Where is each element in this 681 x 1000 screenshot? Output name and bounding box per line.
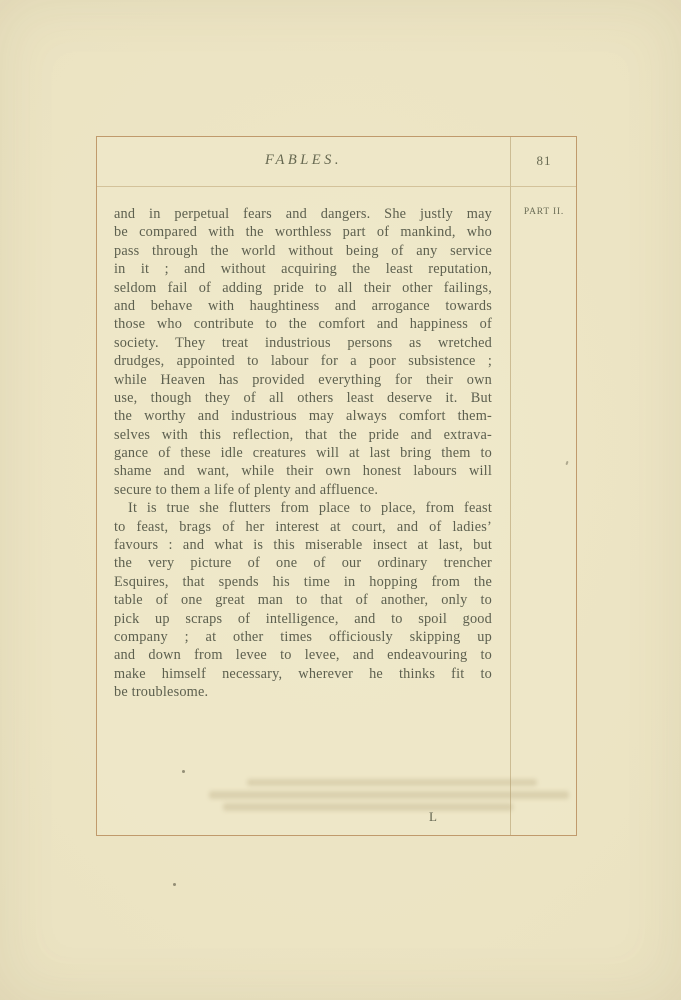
text-line: those who contribute to the comfort and …: [114, 315, 492, 333]
text-line: pick up scraps of intelligence, and to s…: [114, 610, 492, 628]
text-line: and in perpetual fears and dangers. She …: [114, 205, 492, 223]
running-title: FABLES.: [97, 152, 510, 169]
text-line: society. They treat industrious persons …: [114, 334, 492, 352]
text-line: while Heaven has provided everything for…: [114, 371, 492, 389]
text-line: It is true she flutters from place to pl…: [114, 499, 492, 517]
scan-speck: [182, 770, 185, 773]
signature-mark: L: [423, 809, 443, 825]
text-line: seldom fail of adding pride to all their…: [114, 279, 492, 297]
text-line: selves with this reflection, that the pr…: [114, 426, 492, 444]
text-line: gance of these idle creatures will at la…: [114, 444, 492, 462]
page-number: 81: [510, 153, 578, 169]
text-line: be compared with the worthless part of m…: [114, 223, 492, 241]
text-line: to feast, brags of her interest at court…: [114, 518, 492, 536]
show-through-smudge: [209, 791, 569, 799]
text-line: company ; at other times officiously ski…: [114, 628, 492, 646]
paragraph: and in perpetual fears and dangers. She …: [114, 205, 492, 499]
text-line: make himself necessary, wherever he thin…: [114, 665, 492, 683]
text-line: table of one great man to that of anothe…: [114, 591, 492, 609]
show-through-smudge: [223, 803, 513, 811]
scanned-book-page: FABLES. 81 PART II. and in perpetual fea…: [0, 0, 681, 1000]
text-line: in it ; and without acquiring the least …: [114, 260, 492, 278]
text-line: the very picture of one of our ordinary …: [114, 554, 492, 572]
text-line: pass through the world without being of …: [114, 242, 492, 260]
text-line: and behave with haughtiness and arroganc…: [114, 297, 492, 315]
text-line: and down from levee to levee, and endeav…: [114, 646, 492, 664]
column-divider-rule: [510, 137, 511, 835]
text-line: Esquires, that spends his time in hoppin…: [114, 573, 492, 591]
body-text: and in perpetual fears and dangers. She …: [114, 205, 492, 702]
margin-note-part: PART II.: [510, 207, 578, 217]
text-line: be troublesome.: [114, 683, 492, 701]
text-line: secure to them a life of plenty and affl…: [114, 481, 492, 499]
show-through-smudge: [247, 779, 537, 786]
scan-speck: [173, 883, 176, 886]
text-line: the worthy and industrious may always co…: [114, 407, 492, 425]
text-line: use, though they of all others least des…: [114, 389, 492, 407]
text-line: shame and want, while their own honest l…: [114, 462, 492, 480]
page-frame: FABLES. 81 PART II. and in perpetual fea…: [96, 136, 577, 836]
header-rule: [97, 186, 576, 187]
text-line: favours : and what is this miserable ins…: [114, 536, 492, 554]
paragraph: It is true she flutters from place to pl…: [114, 499, 492, 701]
text-line: drudges, appointed to labour for a poor …: [114, 352, 492, 370]
